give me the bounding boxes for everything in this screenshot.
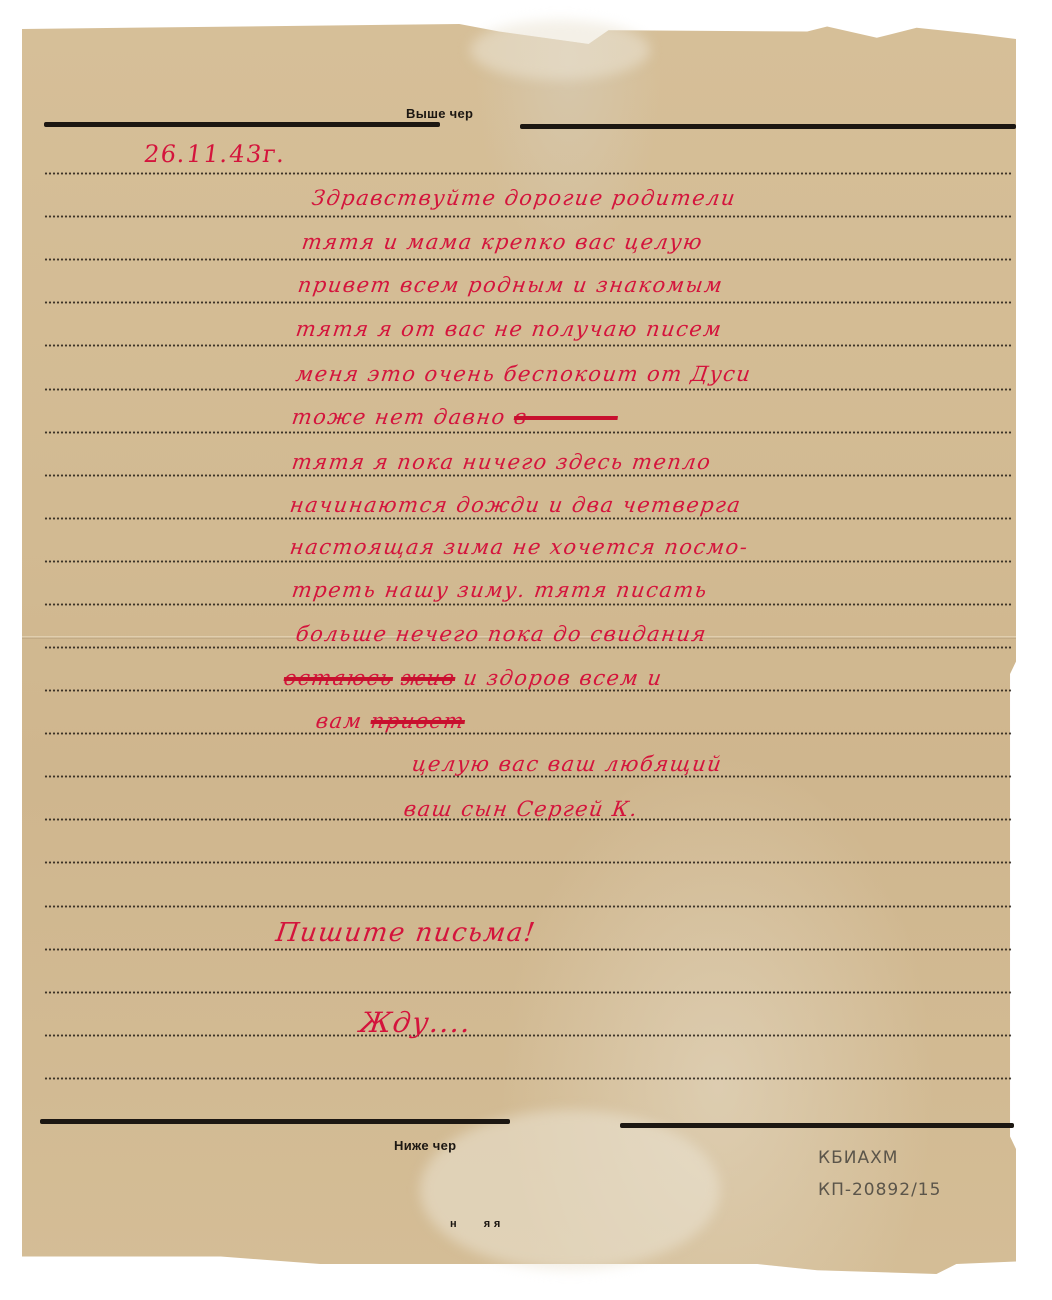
struck-word: жив xyxy=(400,666,457,690)
paper-stain xyxy=(470,20,650,80)
ruled-line xyxy=(44,215,1012,218)
letter-line-14: целую вас ваш любящий xyxy=(410,752,724,776)
ruled-line xyxy=(44,301,1012,304)
ruled-line xyxy=(44,474,1012,477)
ruled-line xyxy=(44,172,1012,175)
letter-line-8: начинаются дожди и два четверга xyxy=(288,493,743,517)
ruled-line xyxy=(44,991,1012,994)
printed-label-top: Выше чер xyxy=(406,106,473,121)
letter-line-3: привет всем родным и знакомым xyxy=(296,273,725,297)
ruled-line xyxy=(44,732,1012,735)
top-rule xyxy=(44,122,440,127)
closing: Жду.... xyxy=(358,1006,474,1039)
ruled-line xyxy=(44,861,1012,864)
letter-date: 26.11.43г. xyxy=(142,140,288,168)
letter-line-5: меня это очень беспокоит от Дуси xyxy=(294,362,753,386)
bottom-rule xyxy=(40,1119,510,1124)
ruled-line xyxy=(44,948,1012,951)
struck-word: привет xyxy=(369,709,466,733)
printed-label-bottom-small: н я я xyxy=(450,1218,501,1230)
printed-label-bottom: Ниже чер xyxy=(394,1138,456,1153)
letter-line-10: треть нашу зиму. тятя писать xyxy=(290,578,709,602)
letter-line-4: тятя я от вас не получаю писем xyxy=(294,317,724,341)
struck-word: остаюсь xyxy=(282,666,394,690)
letter-line-12: остаюсь жив и здоров всем и xyxy=(282,666,664,690)
bottom-rule-right xyxy=(620,1123,1014,1128)
archive-mark-1: КБИАХМ xyxy=(818,1148,898,1168)
letter-line-9: настоящая зима не хочется посмо- xyxy=(288,535,750,559)
letter-line-6: тоже нет давно в———— xyxy=(290,405,619,429)
postscript: Пишите письма! xyxy=(274,918,538,948)
ruled-line xyxy=(44,258,1012,261)
ruled-line xyxy=(44,905,1012,908)
struck-word: в———— xyxy=(512,405,619,429)
paper-stain xyxy=(420,1110,720,1270)
letter-line-13-text: вам xyxy=(314,709,372,733)
letter-line-13: вам привет xyxy=(314,709,466,733)
ruled-line xyxy=(44,646,1012,649)
letter-line-2: тятя и мама крепко вас целую xyxy=(300,230,705,254)
archive-mark-2: КП-20892/15 xyxy=(818,1180,941,1200)
letter-line-1: Здравствуйте дорогие родители xyxy=(310,186,738,210)
ruled-line xyxy=(44,1077,1012,1080)
letter-line-7: тятя я пока ничего здесь тепло xyxy=(290,450,713,474)
ruled-line xyxy=(44,1034,1012,1037)
ruled-line xyxy=(44,517,1012,520)
letter-signature: ваш сын Сергей К. xyxy=(402,797,640,821)
letter-line-6-text: тоже нет давно xyxy=(290,405,507,429)
ruled-line xyxy=(44,560,1012,563)
letter-line-11: больше нечего пока до свидания xyxy=(294,622,708,646)
letter-paper xyxy=(22,24,1016,1274)
ruled-line xyxy=(44,431,1012,434)
ruled-line xyxy=(44,603,1012,606)
ruled-line xyxy=(44,344,1012,347)
ruled-line xyxy=(44,388,1012,391)
top-rule-right xyxy=(520,124,1016,129)
letter-line-12-text: и здоров всем и xyxy=(462,666,664,690)
